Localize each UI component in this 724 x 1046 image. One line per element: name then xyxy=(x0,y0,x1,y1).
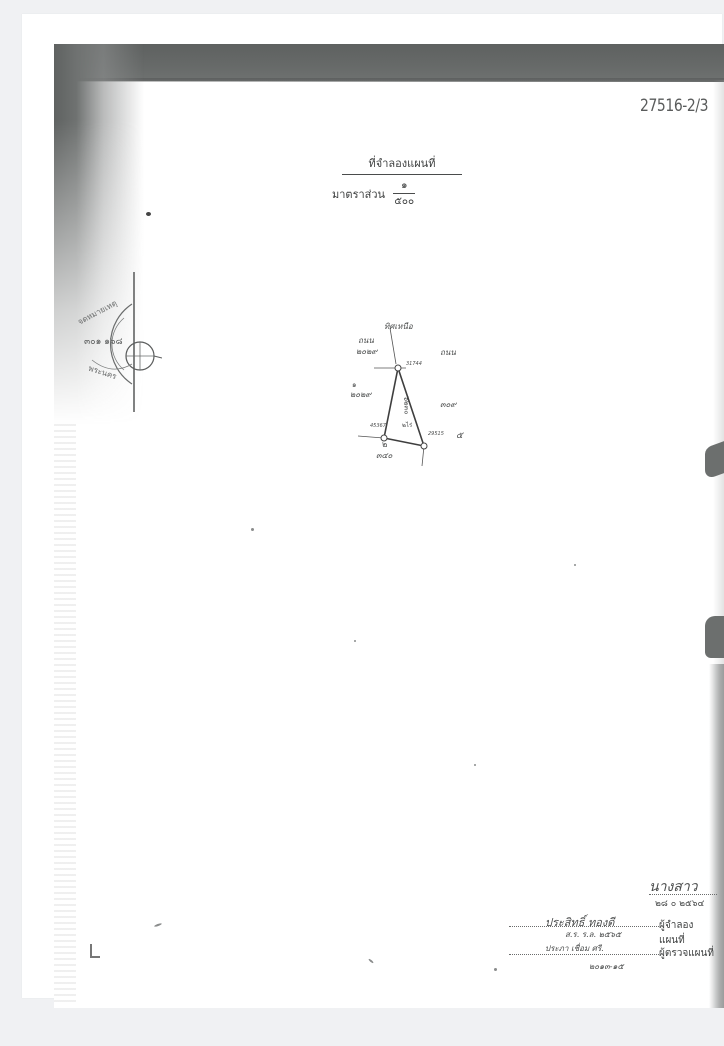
signature-underline xyxy=(649,894,717,895)
scan-speck xyxy=(251,528,254,531)
marker-code-bottom-left: 45367 xyxy=(370,423,386,429)
scale-denominator: ๕๐๐ xyxy=(394,194,414,209)
checker-role-label: ผู้ตรวจแผนที่ xyxy=(659,946,714,961)
checker-signature-line xyxy=(509,954,659,955)
approver-date: ๒๘ ๐ ๒๕๖๔ xyxy=(655,896,704,910)
scan-speck xyxy=(354,640,356,642)
surveyor-signature-line xyxy=(509,926,659,927)
surveyor-rank: ส.ร. ร.ล. ๒๕๖๕ xyxy=(565,928,621,941)
stamp-middle-text: ๓๐๑ ๑๖๘ xyxy=(84,334,123,348)
scan-dark-top-edge xyxy=(54,44,724,82)
binder-clip-mark xyxy=(705,616,724,658)
checker-date: ๒๐๑๓-๑๕ xyxy=(589,960,624,973)
scan-speck xyxy=(154,923,162,928)
scan-speck xyxy=(368,958,374,963)
scan-speck xyxy=(494,968,497,971)
binder-clip-mark xyxy=(705,440,724,480)
document-viewer: 27516-2/3 ที่จำลองแผนที่ มาตราส่วน ๑ ๕๐๐ xyxy=(0,0,724,1046)
parcel-sub-label: ๒ไร่ xyxy=(402,420,412,430)
parcel-area-label: ๖๒๓๐ xyxy=(401,396,412,414)
sketch-label-w-parcel: ๒๐๒๙ xyxy=(350,388,371,401)
signature-block: นางสาว ๒๘ ๐ ๒๕๖๔ ประสิทธิ์ ทองดี ส.ร. ร.… xyxy=(509,876,719,986)
scan-speck xyxy=(90,956,100,958)
marker-code-top: 31744 xyxy=(406,361,422,367)
scan-speck xyxy=(574,564,576,566)
scan-speck xyxy=(146,212,151,216)
scan-speck xyxy=(474,764,476,766)
sketch-label-se-mark: ๕ xyxy=(456,428,463,442)
sketch-label-e-parcel: ๓๐๙ xyxy=(440,398,456,411)
north-label: ทิศเหนือ xyxy=(384,320,413,333)
scale-label: มาตราส่วน xyxy=(332,185,385,203)
scanned-image: 27516-2/3 ที่จำลองแผนที่ มาตราส่วน ๑ ๕๐๐ xyxy=(54,44,724,1008)
sketch-label-s-parcel: ๓๔๐ xyxy=(376,449,392,462)
map-title-block: ที่จำลองแผนที่ มาตราส่วน ๑ ๕๐๐ xyxy=(332,154,462,209)
sketch-label-nw-parcel: ๒๐๒๙ xyxy=(356,345,377,358)
sketch-label-ne-owner: ถนน xyxy=(440,346,456,359)
surveyor-role-label: ผู้จำลองแผนที่ xyxy=(659,918,719,948)
scan-left-noise xyxy=(54,424,76,1004)
map-title: ที่จำลองแผนที่ xyxy=(342,154,462,175)
scale-fraction: ๑ ๕๐๐ xyxy=(393,178,415,209)
document-page: 27516-2/3 ที่จำลองแผนที่ มาตราส่วน ๑ ๕๐๐ xyxy=(22,14,722,998)
scale-row: มาตราส่วน ๑ ๕๐๐ xyxy=(332,178,462,209)
scale-numerator: ๑ xyxy=(393,178,415,194)
marker-code-bottom-right: 29515 xyxy=(428,431,444,437)
page-reference-number: 27516-2/3 xyxy=(640,96,708,116)
